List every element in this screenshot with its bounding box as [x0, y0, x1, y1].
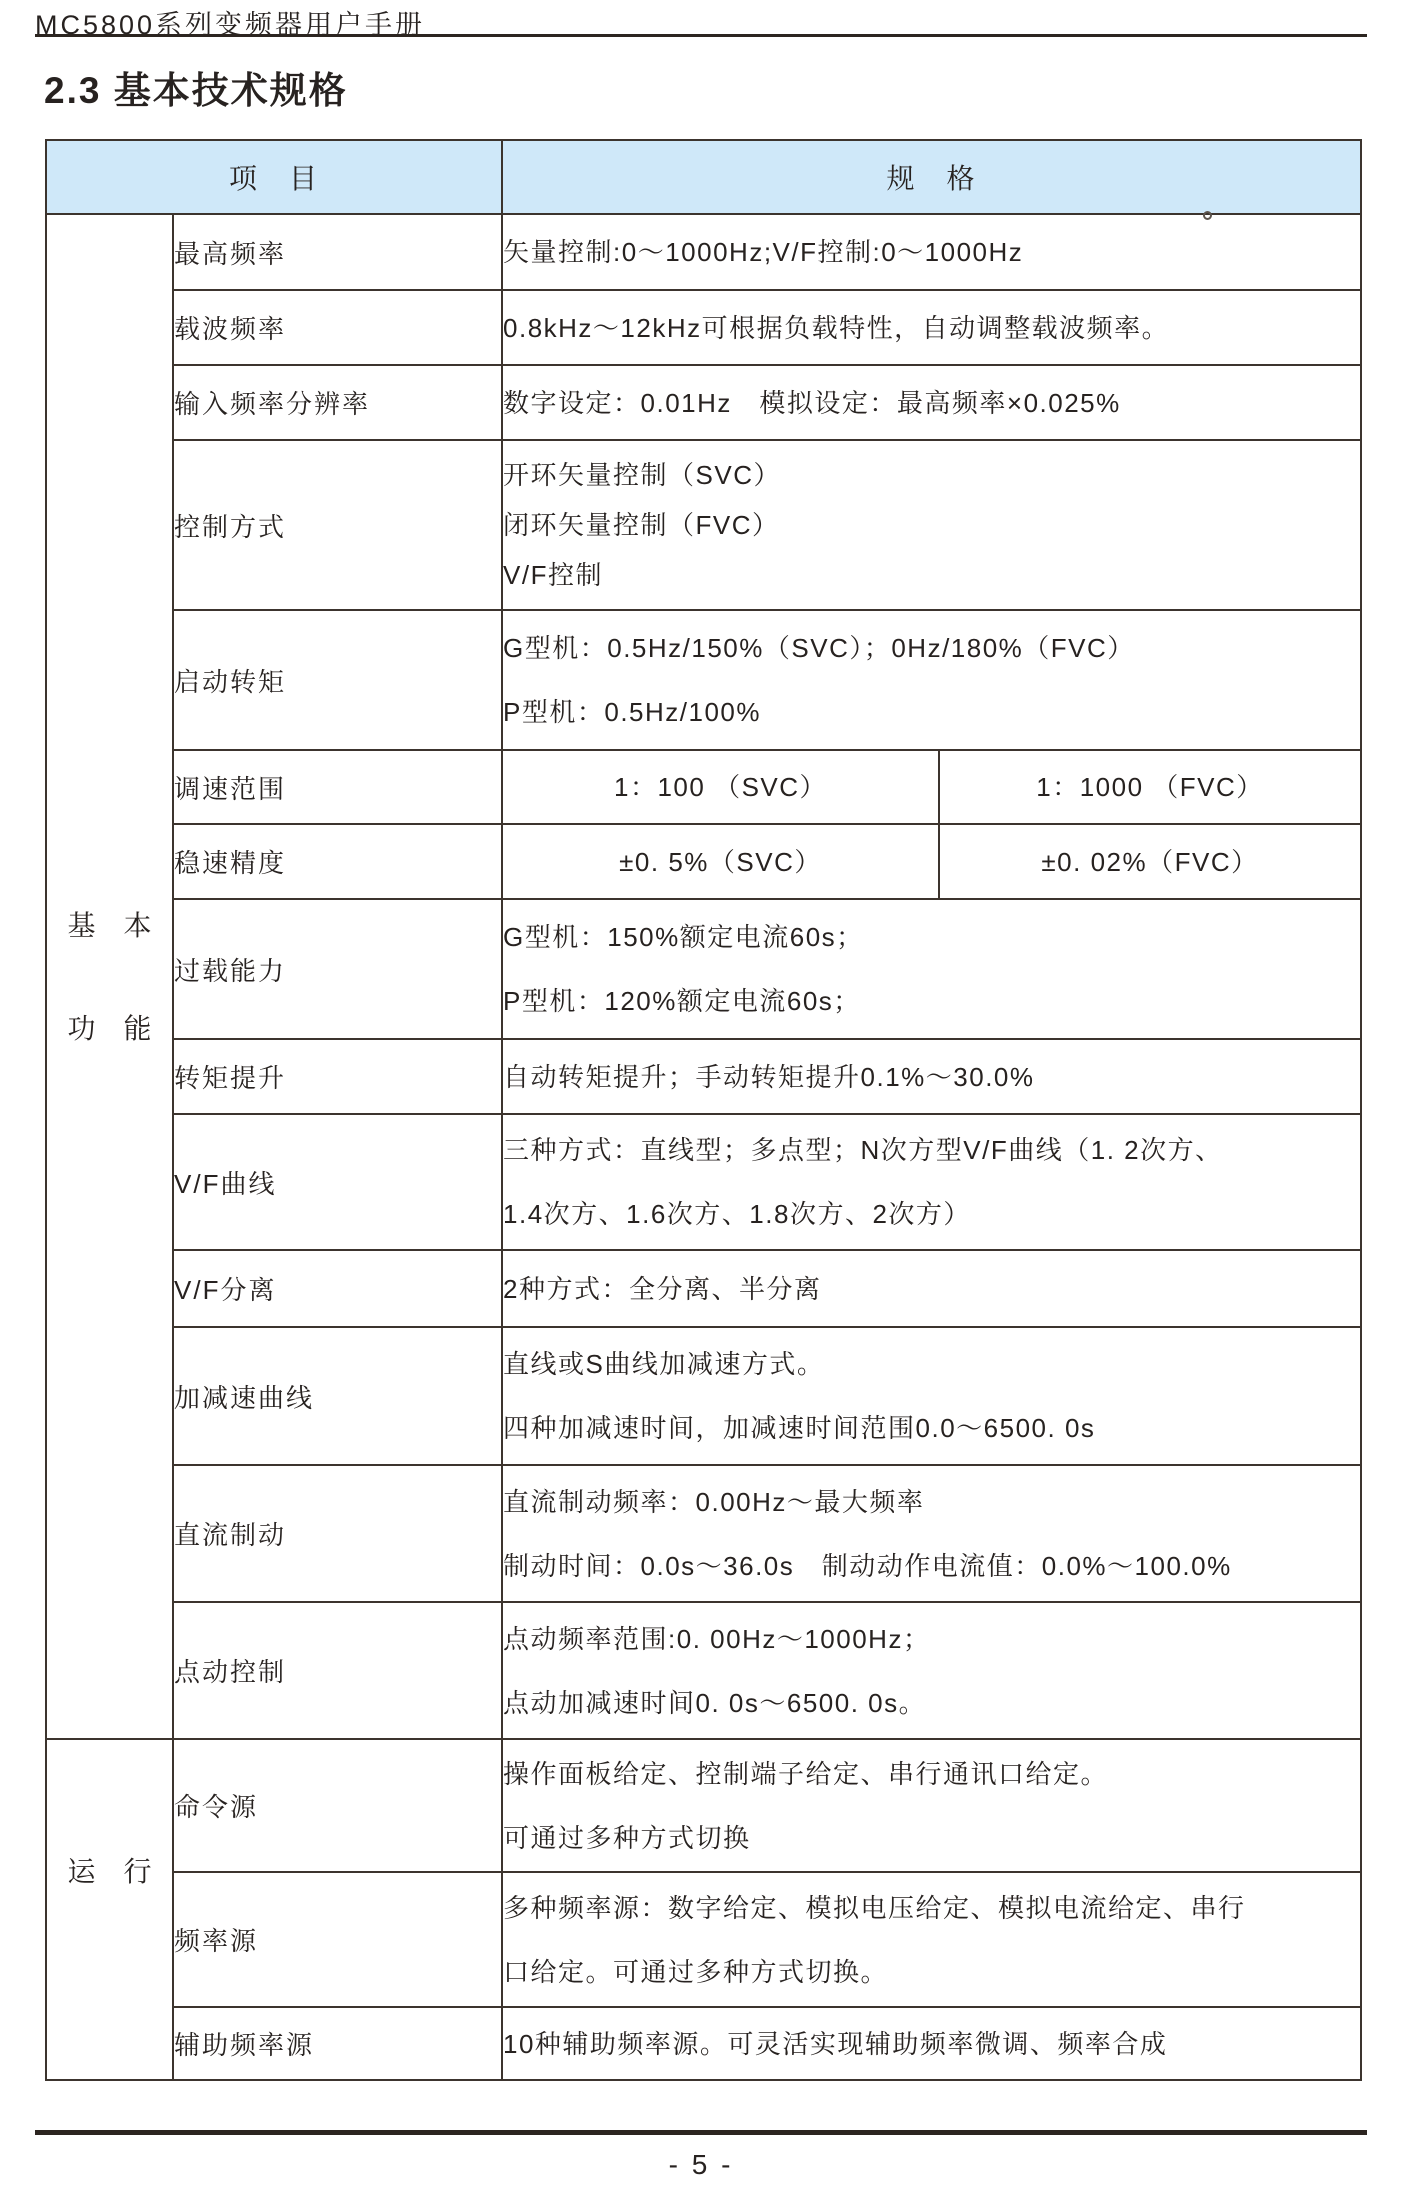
spec-line: 操作面板给定、控制端子给定、串行通讯口给定。 [503, 1742, 1360, 1806]
column-header-spec: 规 格 [502, 140, 1361, 214]
item-cell: 调速范围 [173, 750, 502, 824]
spec-line: 自动转矩提升；手动转矩提升0.1%～30.0% [503, 1045, 1360, 1109]
spec-line: 矢量控制:0～1000Hz;V/F控制:0～1000Hz [503, 220, 1360, 284]
spec-line: 直流制动频率：0.00Hz～最大频率 [503, 1470, 1360, 1534]
spec-line: 四种加减速时间，加减速时间范围0.0～6500. 0s [503, 1396, 1360, 1460]
item-cell: 辅助频率源 [173, 2007, 502, 2080]
table-row: 控制方式 开环矢量控制（SVC） 闭环矢量控制（FVC） V/F控制 [46, 440, 1361, 610]
spec-cell: 直线或S曲线加减速方式。 四种加减速时间，加减速时间范围0.0～6500. 0s [502, 1327, 1361, 1465]
group-cell-basic-function: 基 本 功 能 [46, 214, 173, 1739]
item-cell: 点动控制 [173, 1602, 502, 1739]
spec-cell: 10种辅助频率源。可灵活实现辅助频率微调、频率合成 [502, 2007, 1361, 2080]
table-row: 基 本 功 能 最高频率 矢量控制:0～1000Hz;V/F控制:0～1000H… [46, 214, 1361, 290]
spec-table: 项 目 规 格 基 本 功 能 最高频率 矢量控制:0～1000Hz;V/F控制… [45, 139, 1362, 2081]
item-cell: 输入频率分辨率 [173, 365, 502, 440]
spec-line: 1：100 （SVC） [503, 755, 938, 819]
spec-line: G型机：150%额定电流60s； [503, 905, 1360, 969]
spec-line: 闭环矢量控制（FVC） [503, 500, 1360, 550]
table-row: 稳速精度 ±0. 5%（SVC） ±0. 02%（FVC） [46, 824, 1361, 899]
group-cell-operation: 运 行 [46, 1739, 173, 2080]
table-row: 运 行 命令源 操作面板给定、控制端子给定、串行通讯口给定。 可通过多种方式切换 [46, 1739, 1361, 1872]
spec-cell-fvc: 1：1000 （FVC） [939, 750, 1361, 824]
spec-line: 2种方式：全分离、半分离 [503, 1257, 1360, 1321]
spec-cell: 直流制动频率：0.00Hz～最大频率 制动时间：0.0s～36.0s 制动动作电… [502, 1465, 1361, 1602]
spec-cell: G型机：150%额定电流60s； P型机：120%额定电流60s； [502, 899, 1361, 1039]
spec-line: 直线或S曲线加减速方式。 [503, 1332, 1360, 1396]
spec-line: 0.8kHz～12kHz可根据负载特性，自动调整载波频率。 [503, 296, 1360, 360]
spec-line: 多种频率源：数字给定、模拟电压给定、模拟电流给定、串行 [503, 1876, 1360, 1940]
spec-cell: 0.8kHz～12kHz可根据负载特性，自动调整载波频率。 [502, 290, 1361, 365]
spec-line: 口给定。可通过多种方式切换。 [503, 1940, 1360, 2004]
stray-dot-artifact [1203, 211, 1212, 220]
spec-line: 数字设定：0.01Hz 模拟设定：最高频率×0.025% [503, 371, 1360, 435]
spec-line: 制动时间：0.0s～36.0s 制动动作电流值：0.0%～100.0% [503, 1534, 1360, 1598]
spec-cell: 矢量控制:0～1000Hz;V/F控制:0～1000Hz [502, 214, 1361, 290]
table-row: 直流制动 直流制动频率：0.00Hz～最大频率 制动时间：0.0s～36.0s … [46, 1465, 1361, 1602]
footer-rule [35, 2130, 1367, 2135]
manual-page: MC5800系列变频器用户手册 2.3 基本技术规格 项 目 规 格 基 本 功… [0, 0, 1402, 2185]
spec-line: 10种辅助频率源。可灵活实现辅助频率微调、频率合成 [503, 2012, 1360, 2076]
spec-cell: 多种频率源：数字给定、模拟电压给定、模拟电流给定、串行 口给定。可通过多种方式切… [502, 1872, 1361, 2007]
spec-cell: 数字设定：0.01Hz 模拟设定：最高频率×0.025% [502, 365, 1361, 440]
item-cell: 载波频率 [173, 290, 502, 365]
table-header-row: 项 目 规 格 [46, 140, 1361, 214]
spec-cell: G型机：0.5Hz/150%（SVC）；0Hz/180%（FVC） P型机：0.… [502, 610, 1361, 750]
table-row: V/F分离 2种方式：全分离、半分离 [46, 1250, 1361, 1327]
item-cell: 加减速曲线 [173, 1327, 502, 1465]
spec-line: P型机：0.5Hz/100% [503, 680, 1360, 744]
table-row: 载波频率 0.8kHz～12kHz可根据负载特性，自动调整载波频率。 [46, 290, 1361, 365]
spec-cell: 自动转矩提升；手动转矩提升0.1%～30.0% [502, 1039, 1361, 1114]
item-cell: 转矩提升 [173, 1039, 502, 1114]
item-cell: 频率源 [173, 1872, 502, 2007]
table-row: 过载能力 G型机：150%额定电流60s； P型机：120%额定电流60s； [46, 899, 1361, 1039]
spec-line: 1：1000 （FVC） [940, 755, 1360, 819]
item-cell: V/F分离 [173, 1250, 502, 1327]
page-number: - 5 - [0, 2149, 1402, 2181]
spec-cell-fvc: ±0. 02%（FVC） [939, 824, 1361, 899]
table-row: 转矩提升 自动转矩提升；手动转矩提升0.1%～30.0% [46, 1039, 1361, 1114]
spec-line: 开环矢量控制（SVC） [503, 450, 1360, 500]
group-label-line: 功 能 [47, 1009, 172, 1048]
spec-line: 三种方式：直线型；多点型；N次方型V/F曲线（1. 2次方、 [503, 1118, 1360, 1182]
spec-cell: 操作面板给定、控制端子给定、串行通讯口给定。 可通过多种方式切换 [502, 1739, 1361, 1872]
header-rule [35, 34, 1367, 37]
spec-cell-svc: ±0. 5%（SVC） [502, 824, 939, 899]
table-row: 频率源 多种频率源：数字给定、模拟电压给定、模拟电流给定、串行 口给定。可通过多… [46, 1872, 1361, 2007]
item-cell: 稳速精度 [173, 824, 502, 899]
spec-cell: 开环矢量控制（SVC） 闭环矢量控制（FVC） V/F控制 [502, 440, 1361, 610]
column-header-item: 项 目 [46, 140, 502, 214]
spec-line: 1.4次方、1.6次方、1.8次方、2次方） [503, 1182, 1360, 1246]
group-label-line: 运 行 [47, 1804, 172, 1891]
table-row: 辅助频率源 10种辅助频率源。可灵活实现辅助频率微调、频率合成 [46, 2007, 1361, 2080]
spec-line: 点动加减速时间0. 0s～6500. 0s。 [503, 1671, 1360, 1735]
spec-cell-svc: 1：100 （SVC） [502, 750, 939, 824]
item-cell: 命令源 [173, 1739, 502, 1872]
spec-line: 可通过多种方式切换 [503, 1806, 1360, 1870]
item-cell: 最高频率 [173, 214, 502, 290]
table-row: 加减速曲线 直线或S曲线加减速方式。 四种加减速时间，加减速时间范围0.0～65… [46, 1327, 1361, 1465]
spec-line: P型机：120%额定电流60s； [503, 969, 1360, 1033]
table-row: V/F曲线 三种方式：直线型；多点型；N次方型V/F曲线（1. 2次方、 1.4… [46, 1114, 1361, 1250]
item-cell: 启动转矩 [173, 610, 502, 750]
spec-cell: 三种方式：直线型；多点型；N次方型V/F曲线（1. 2次方、 1.4次方、1.6… [502, 1114, 1361, 1250]
table-row: 启动转矩 G型机：0.5Hz/150%（SVC）；0Hz/180%（FVC） P… [46, 610, 1361, 750]
spec-line: 点动频率范围:0. 00Hz～1000Hz； [503, 1607, 1360, 1671]
item-cell: V/F曲线 [173, 1114, 502, 1250]
spec-line: ±0. 02%（FVC） [940, 830, 1360, 894]
item-cell: 直流制动 [173, 1465, 502, 1602]
table-row: 调速范围 1：100 （SVC） 1：1000 （FVC） [46, 750, 1361, 824]
spec-line: ±0. 5%（SVC） [503, 830, 938, 894]
item-cell: 控制方式 [173, 440, 502, 610]
item-cell: 过载能力 [173, 899, 502, 1039]
section-title: 2.3 基本技术规格 [44, 60, 348, 114]
spec-cell: 点动频率范围:0. 00Hz～1000Hz； 点动加减速时间0. 0s～6500… [502, 1602, 1361, 1739]
table-row: 点动控制 点动频率范围:0. 00Hz～1000Hz； 点动加减速时间0. 0s… [46, 1602, 1361, 1739]
table-row: 输入频率分辨率 数字设定：0.01Hz 模拟设定：最高频率×0.025% [46, 365, 1361, 440]
spec-line: G型机：0.5Hz/150%（SVC）；0Hz/180%（FVC） [503, 616, 1360, 680]
group-label-line: 基 本 [47, 906, 172, 945]
spec-cell: 2种方式：全分离、半分离 [502, 1250, 1361, 1327]
spec-line: V/F控制 [503, 550, 1360, 600]
